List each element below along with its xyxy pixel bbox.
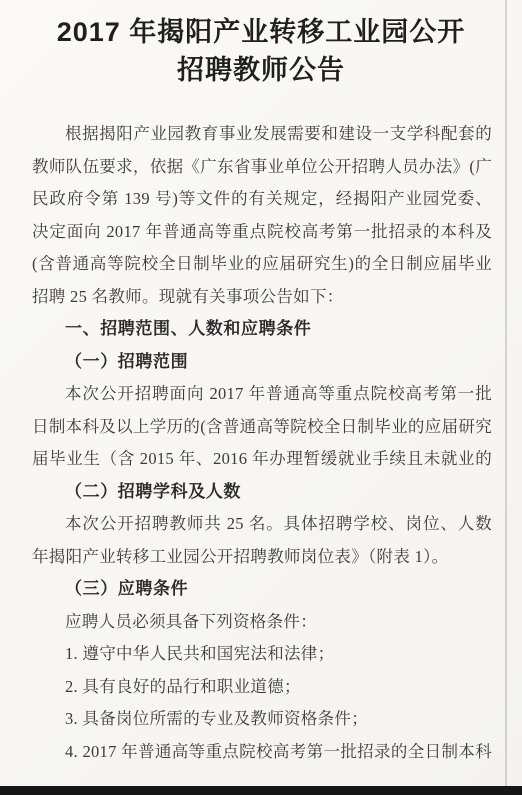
document-line: 4. 2017 年普通高等重点院校高考第一批招录的全日制本科及以上 [32, 736, 492, 769]
section-heading-line: （二）招聘学科及人数 [32, 476, 492, 509]
document-line: (含普通高等院校全日制毕业的应届研究生)的全日制应届毕业生公开 [32, 248, 492, 281]
scan-edge-bar [0, 786, 522, 795]
document-line: 3. 具备岗位所需的专业及教师资格条件； [32, 703, 492, 736]
scan-seam-line [505, 0, 507, 786]
document-line: 根据揭阳产业园教育事业发展需要和建设一支学科配套的高素质 [32, 118, 492, 151]
document-body: 根据揭阳产业园教育事业发展需要和建设一支学科配套的高素质教师队伍要求，依据《广东… [0, 118, 522, 768]
document-line: 招聘 25 名教师。现就有关事项公告如下： [32, 281, 492, 314]
document-title-line-2: 招聘教师公告 [0, 51, 522, 89]
document-line: 日制本科及以上学历的(含普通高等院校全日制毕业的应届研究生)应 [32, 411, 492, 444]
document-line: 应聘人员必须具备下列资格条件： [32, 606, 492, 639]
document-line: 决定面向 2017 年普通高等重点院校高考第一批招录的本科及以上学历 [32, 216, 492, 249]
document-line: 本次公开招聘面向 2017 年普通高等重点院校高考第一批招录的全 [32, 378, 492, 411]
document-line: 2. 具有良好的品行和职业道德； [32, 671, 492, 704]
document-line: 1. 遵守中华人民共和国宪法和法律； [32, 638, 492, 671]
document-line: 民政府令第 139 号)等文件的有关规定，经揭阳产业园党委、管委同意， [32, 183, 492, 216]
document-title-line-1: 2017 年揭阳产业转移工业园公开 [0, 13, 522, 51]
section-heading-line: （三）应聘条件 [32, 573, 492, 606]
document-line: 本次公开招聘教师共 25 名。具体招聘学校、岗位、人数详见《2017 [32, 508, 492, 541]
document-line: 届毕业生（含 2015 年、2016 年办理暂缓就业手续且未就业的毕业生）。 [32, 443, 492, 476]
section-heading-line: 一、招聘范围、人数和应聘条件 [32, 313, 492, 346]
section-heading-line: （一）招聘范围 [32, 346, 492, 379]
document-line: 教师队伍要求，依据《广东省事业单位公开招聘人员办法》(广东省人 [32, 151, 492, 184]
document-line: 年揭阳产业转移工业园公开招聘教师岗位表》（附表 1）。 [32, 541, 492, 574]
document-title: 2017 年揭阳产业转移工业园公开 招聘教师公告 [0, 0, 522, 89]
scanned-document-page: 2017 年揭阳产业转移工业园公开 招聘教师公告 根据揭阳产业园教育事业发展需要… [0, 0, 522, 795]
